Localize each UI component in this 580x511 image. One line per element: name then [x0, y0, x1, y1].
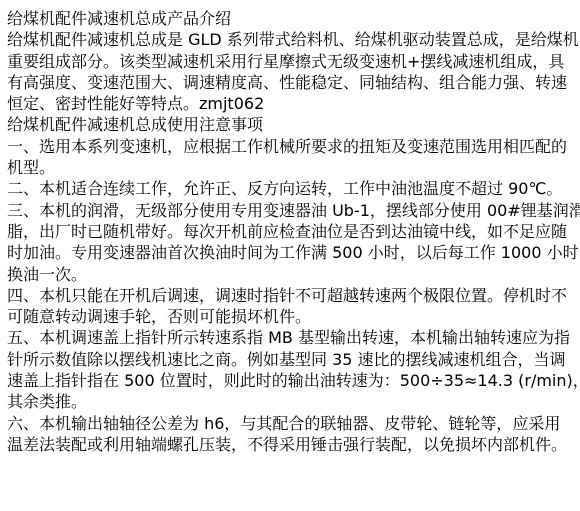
text-line: 脂，出厂时已随机带好。每次开机前应检查油位是否到达油镜中线，如不足应随	[7, 221, 577, 242]
text-line: 时加油。专用变速器油首次换油时间为工作满 500 小时，以后每工作 1000 小…	[7, 242, 577, 263]
text-line: 机型。	[7, 157, 577, 178]
text-line: 三、本机的润滑，无级部分使用专用变速器油 Ub-1，摆线部分使用 00#锂基润滑	[7, 200, 577, 221]
text-line: 有高强度、变速范围大、调速精度高、性能稳定、同轴结构、组合能力强、转速	[7, 72, 577, 93]
text-line: 速盖上指针指在 500 位置时，则此时的输出油转速为：500÷35≈14.3 (…	[7, 370, 577, 391]
text-line: 二、本机适合连续工作，允许正、反方向运转，工作中油池温度不超过 90℃。	[7, 178, 577, 199]
text-line: 六、本机输出轴轴径公差为 h6，与其配合的联轴器、皮带轮、链轮等，应采用	[7, 413, 577, 434]
usage-notes-heading: 给煤机配件减速机总成使用注意事项	[7, 114, 577, 135]
text-line: 可随意转动调速手轮，否则可能损坏机件。	[7, 306, 577, 327]
text-line: 温差法装配或利用轴端螺孔压装，不得采用锤击强行装配，以免损坏内部机件。	[7, 434, 577, 455]
text-line: 四、本机只能在开机后调速，调速时指针不可超越转速两个极限位置。停机时不	[7, 285, 577, 306]
text-line: 五、本机调速盖上指针所示转速系指 MB 基型输出转速，本机输出轴转速应为指	[7, 327, 577, 348]
text-line: 给煤机配件减速机总成是 GLD 系列带式给料机、给煤机驱动装置总成，是给煤机	[7, 29, 577, 50]
text-line: 针所示数值除以摆线机速比之商。例如基型同 35 速比的摆线减速机组合，当调	[7, 349, 577, 370]
text-line: 其余类推。	[7, 391, 577, 412]
document-page: 给煤机配件减速机总成产品介绍 给煤机配件减速机总成是 GLD 系列带式给料机、给…	[0, 0, 580, 511]
text-line: 一、选用本系列变速机，应根据工作机械所要求的扭矩及变速范围选用相匹配的	[7, 136, 577, 157]
text-line: 换油一次。	[7, 264, 577, 285]
document-body: 给煤机配件减速机总成产品介绍 给煤机配件减速机总成是 GLD 系列带式给料机、给…	[7, 8, 577, 455]
text-line: 恒定、密封性能好等特点。zmjt062	[7, 93, 577, 114]
text-line: 重要组成部分。该类型减速机采用行星摩擦式无级变速机+摆线减速机组成，具	[7, 51, 577, 72]
product-intro-heading: 给煤机配件减速机总成产品介绍	[7, 8, 577, 29]
